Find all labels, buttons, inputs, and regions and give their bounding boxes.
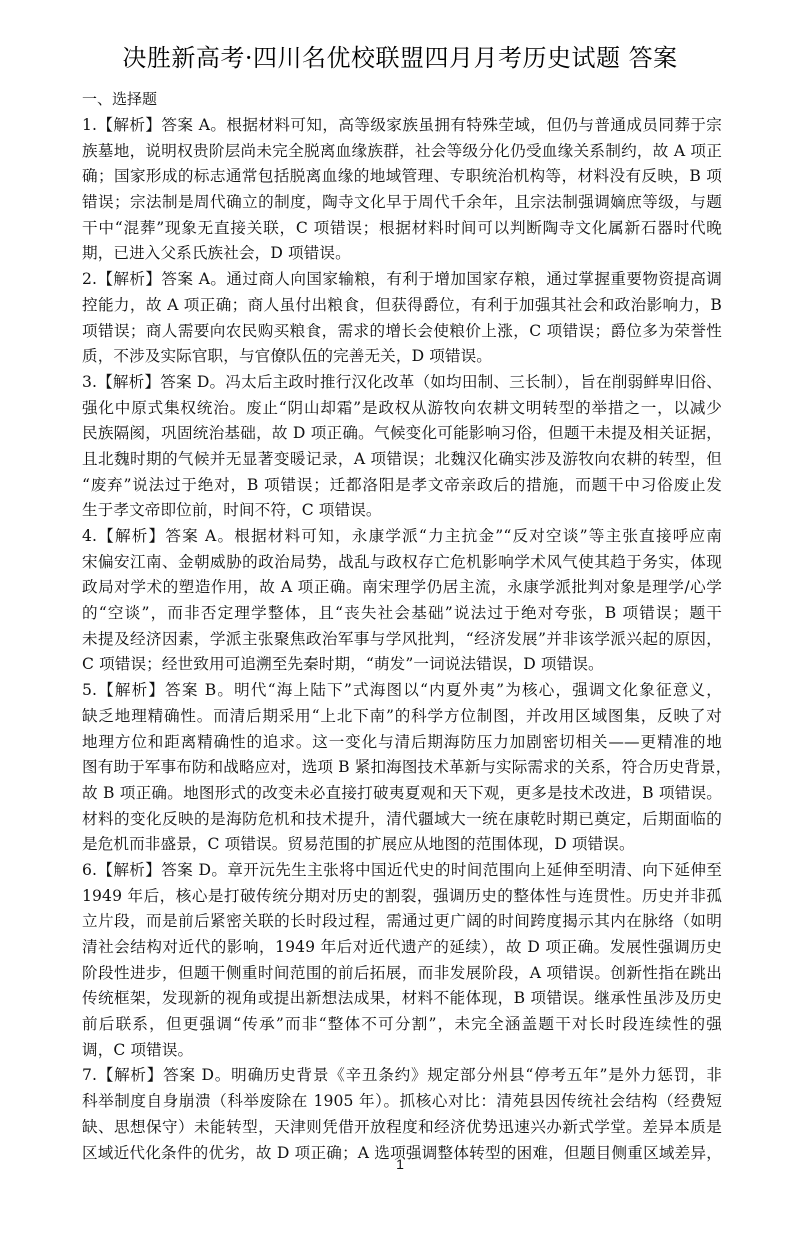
document-page: 决胜新高考·四川名优校联盟四月月考历史试题 答案 一、选择题 1.【解析】答案 … (0, 0, 800, 1240)
text-line: 控能力，故 A 项正确；商人虽付出粮食，但获得爵位，有利于加强其社会和政治影响力… (82, 293, 722, 319)
text-line: 未提及经济因素，学派主张聚焦政治军事与学风批判，“经济发展”并非该学派兴起的原因… (82, 627, 722, 653)
answer-item-2: 2.【解析】答案 A。通过商人向国家输粮，有利于增加国家存粮，通过掌握重要物资提… (82, 267, 722, 370)
text-line: 错误；宗法制是周代确立的制度，陶寺文化早于周代千余年，且宗法制强调嫡庶等级，与题 (82, 190, 722, 216)
text-line: “废弃”说法过于绝对，B 项错误；迁都洛阳是孝文帝亲政后的措施，而题干中习俗废止… (82, 473, 722, 499)
text-line: C 项错误；经世致用可追溯至先秦时期，“萌发”一词说法错误，D 项错误。 (82, 652, 722, 678)
text-line: 前后联系，但更强调“传承”而非“整体不可分割”，未完全涵盖题干对长时段连续性的强 (82, 1012, 722, 1038)
text-line: 图有助于军事布防和战略应对，选项 B 紧扣海图技术革新与实际需求的关系，符合历史… (82, 755, 722, 781)
text-line: 立片段，而是前后紧密关联的长时段过程，需通过更广阔的时间跨度揭示其内在脉络（如明 (82, 909, 722, 935)
text-line: 科举制度自身崩溃（科举废除在 1905 年）。抓核心对比：清苑县因传统社会结构（… (82, 1089, 722, 1115)
text-line: 且北魏时期的气候并无显著变暖记录，A 项错误；北魏汉化确实涉及游牧向农耕的转型，… (82, 447, 722, 473)
text-line: 5.【解析】答案 B。明代“海上陆下”式海图以“内夏外夷”为核心，强调文化象征意… (82, 678, 722, 704)
text-line: 确；国家形成的标志通常包括脱离血缘的地域管理、专职统治机构等，材料没有反映，B … (82, 164, 722, 190)
text-line: 的“空谈”，而非否定理学整体，且“丧失社会基础”说法过于绝对夸张，B 项错误；题… (82, 601, 722, 627)
text-line: 2.【解析】答案 A。通过商人向国家输粮，有利于增加国家存粮，通过掌握重要物资提… (82, 267, 722, 293)
answer-body: 1.【解析】答案 A。根据材料可知，高等级家族虽拥有特殊茔域，但仍与普通成员同葬… (82, 113, 722, 1166)
text-line: 清社会结构对近代的影响，1949 年后对近代遗产的延续），故 D 项正确。发展性… (82, 935, 722, 961)
text-line: 强化中原式集权统治。废止“阴山却霜”是政权从游牧向农耕文明转型的举措之一，以减少 (82, 396, 722, 422)
text-line: 6.【解析】答案 D。章开沅先生主张将中国近代史的时间范围向上延伸至明清、向下延… (82, 858, 722, 884)
text-line: 故 B 项正确。地图形式的改变未必直接打破夷夏观和天下观，更多是技术改进，B 项… (82, 781, 722, 807)
text-line: 缺、思想保守）未能转型，天津则凭借开放程度和经济优势迅速兴办新式学堂。差异本质是 (82, 1115, 722, 1141)
answer-item-6: 6.【解析】答案 D。章开沅先生主张将中国近代史的时间范围向上延伸至明清、向下延… (82, 858, 722, 1064)
text-line: 3.【解析】答案 D。冯太后主政时推行汉化改革（如均田制、三长制），旨在削弱鲜卑… (82, 370, 722, 396)
text-line: 族墓地，说明权贵阶层尚未完全脱离血缘族群，社会等级分化仍受血缘关系制约，故 A … (82, 139, 722, 165)
text-line: 宋偏安江南、金朝威胁的政治局势，战乱与政权存亡危机影响学术风气使其趋于务实，体现 (82, 550, 722, 576)
text-line: 4.【解析】答案 A。根据材料可知，永康学派“力主抗金”“反对空谈”等主张直接呼… (82, 524, 722, 550)
text-line: 地理方位和距离精确性的追求。这一变化与清后期海防压力加剧密切相关——更精准的地 (82, 730, 722, 756)
section-heading: 一、选择题 (82, 88, 157, 110)
text-line: 传统框架，发现新的视角或提出新想法成果，材料不能体现，B 项错误。继承性虽涉及历… (82, 986, 722, 1012)
text-line: 项错误；商人需要向农民购买粮食，需求的增长会使粮价上涨，C 项错误；爵位多为荣誉… (82, 319, 722, 345)
answer-item-1: 1.【解析】答案 A。根据材料可知，高等级家族虽拥有特殊茔域，但仍与普通成员同葬… (82, 113, 722, 267)
text-line: 期，已进入父系氏族社会，D 项错误。 (82, 241, 722, 267)
text-line: 质，不涉及实际官职，与官僚队伍的完善无关，D 项错误。 (82, 344, 722, 370)
answer-item-3: 3.【解析】答案 D。冯太后主政时推行汉化改革（如均田制、三长制），旨在削弱鲜卑… (82, 370, 722, 524)
text-line: 1.【解析】答案 A。根据材料可知，高等级家族虽拥有特殊茔域，但仍与普通成员同葬… (82, 113, 722, 139)
text-line: 阶段性进步，但题干侧重时间范围的前后拓展，而非发展阶段，A 项错误。创新性指在跳… (82, 961, 722, 987)
text-line: 材料的变化反映的是海防危机和技术提升，清代疆域大一统在康乾时期已奠定，后期面临的 (82, 807, 722, 833)
page-number: 1 (0, 1156, 800, 1172)
answer-item-5: 5.【解析】答案 B。明代“海上陆下”式海图以“内夏外夷”为核心，强调文化象征意… (82, 678, 722, 858)
text-line: 调，C 项错误。 (82, 1038, 722, 1064)
answer-item-7: 7.【解析】答案 D。明确历史背景《辛丑条约》规定部分州县“停考五年”是外力惩罚… (82, 1063, 722, 1166)
text-line: 民族隔阂，巩固统治基础，故 D 项正确。气候变化可能影响习俗，但题干未提及相关证… (82, 421, 722, 447)
text-line: 缺乏地理精确性。而清后期采用“上北下南”的科学方位制图，并改用区域图集，反映了对 (82, 704, 722, 730)
document-title: 决胜新高考·四川名优校联盟四月月考历史试题 答案 (0, 42, 800, 74)
text-line: 干中“混葬”现象无直接关联，C 项错误；根据材料时间可以判断陶寺文化属新石器时代… (82, 216, 722, 242)
text-line: 是危机而非盛景，C 项错误。贸易范围的扩展应从地图的范围体现，D 项错误。 (82, 832, 722, 858)
answer-item-4: 4.【解析】答案 A。根据材料可知，永康学派“力主抗金”“反对空谈”等主张直接呼… (82, 524, 722, 678)
text-line: 1949 年后，核心是打破传统分期对历史的割裂，强调历史的整体性与连贯性。历史并… (82, 884, 722, 910)
text-line: 政局对学术的塑造作用，故 A 项正确。南宋理学仍居主流，永康学派批判对象是理学/… (82, 575, 722, 601)
text-line: 生于孝文帝即位前，时间不符，C 项错误。 (82, 498, 722, 524)
text-line: 7.【解析】答案 D。明确历史背景《辛丑条约》规定部分州县“停考五年”是外力惩罚… (82, 1063, 722, 1089)
